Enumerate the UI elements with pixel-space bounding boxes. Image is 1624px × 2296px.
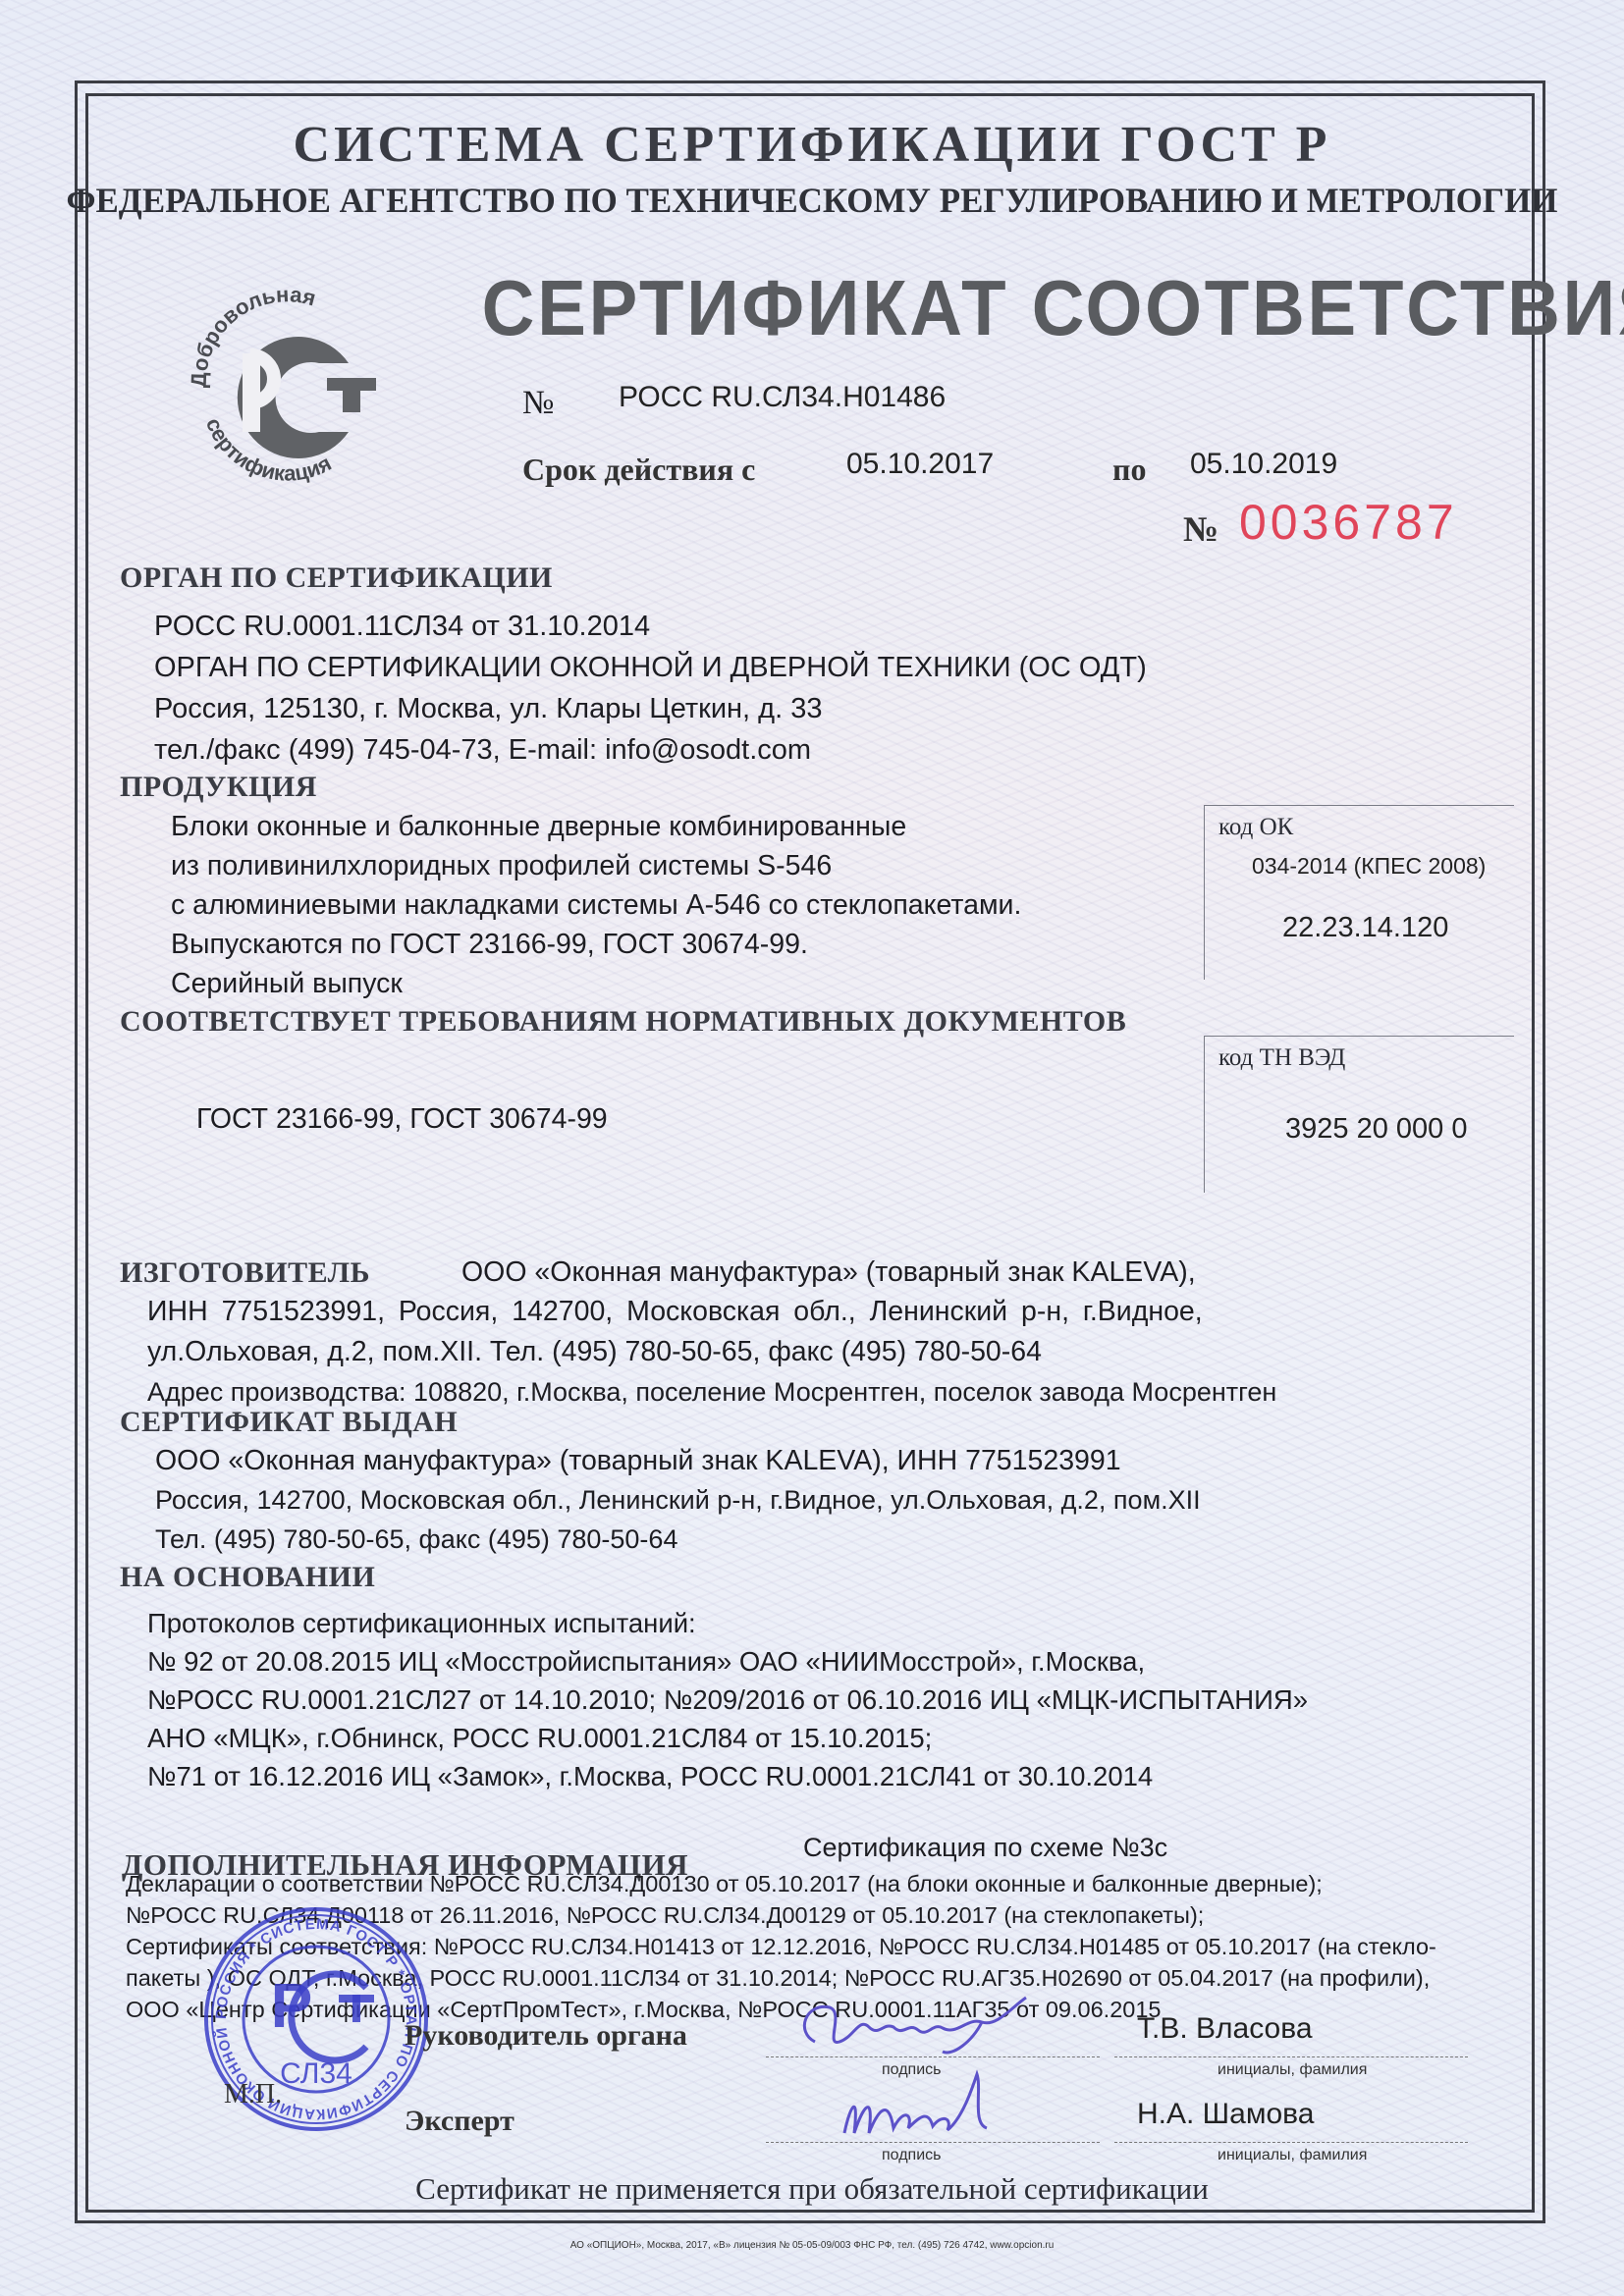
cert-body-line: Россия, 125130, г. Москва, ул. Клары Цет… [154, 688, 1147, 729]
basis-heading: НА ОСНОВАНИИ [120, 1561, 375, 1594]
manufacturer-name: ООО «Оконная мануфактура» (товарный знак… [461, 1253, 1196, 1293]
blank-number: 0036787 [1239, 494, 1458, 551]
cert-number-label: № [522, 385, 554, 422]
expert-signature-caption: подпись [882, 2147, 941, 2164]
additional-info-line: Декларации о соответствии №РОСС RU.СЛ34.… [126, 1868, 1436, 1899]
manufacturer-line: ИНН 7751523991, Россия, 142700, Московск… [147, 1292, 1276, 1332]
ok-code-value: 22.23.14.120 [1282, 912, 1448, 944]
valid-to-label: по [1112, 452, 1146, 488]
cert-body-details: РОСС RU.0001.11СЛ34 от 31.10.2014 ОРГАН … [154, 606, 1147, 771]
certification-scheme: Сертификация по схеме №3с [803, 1828, 1167, 1868]
expert-name: Н.А. Шамова [1137, 2098, 1314, 2131]
product-line: Блоки оконные и балконные дверные комбин… [171, 807, 1021, 846]
cert-body-line: ОРГАН ПО СЕРТИФИКАЦИИ ОКОННОЙ И ДВЕРНОЙ … [154, 647, 1147, 688]
basis-details: Протоколов сертификационных испытаний: №… [147, 1604, 1308, 1795]
product-heading: ПРОДУКЦИЯ [120, 771, 317, 804]
basis-line: № 92 от 20.08.2015 ИЦ «Мосстройиспытания… [147, 1642, 1308, 1681]
tn-ved-label: код ТН ВЭД [1218, 1044, 1345, 1072]
head-role: Руководитель органа [405, 2019, 687, 2053]
tn-ved-code-box: код ТН ВЭД 3925 20 000 0 [1204, 1036, 1514, 1193]
agency-title: ФЕДЕРАЛЬНОЕ АГЕНТСТВО ПО ТЕХНИЧЕСКОМУ РЕ… [25, 180, 1599, 221]
cert-body-line: РОСС RU.0001.11СЛ34 от 31.10.2014 [154, 606, 1147, 647]
ok-code-classifier: 034-2014 (КПЕС 2008) [1252, 853, 1486, 880]
head-signature-line [766, 2056, 1100, 2057]
issued-to-details: ООО «Оконная мануфактура» (товарный знак… [155, 1441, 1201, 1559]
head-name-caption: инициалы, фамилия [1218, 2061, 1367, 2079]
basis-line: АНО «МЦК», г.Обнинск, РОСС RU.0001.21СЛ8… [147, 1719, 1308, 1757]
head-name-line [1114, 2056, 1468, 2057]
expert-name-caption: инициалы, фамилия [1218, 2147, 1367, 2164]
head-name: Т.В. Власова [1137, 2012, 1313, 2046]
cert-number: РОСС RU.СЛ34.Н01486 [619, 381, 946, 414]
manufacturer-line: ул.Ольховая, д.2, пом.XII. Тел. (495) 78… [147, 1332, 1276, 1372]
manufacturer-heading: ИЗГОТОВИТЕЛЬ [120, 1256, 370, 1290]
system-title: СИСТЕМА СЕРТИФИКАЦИИ ГОСТ Р [0, 116, 1624, 174]
document-title: СЕРТИФИКАТ СООТВЕТСТВИЯ [482, 263, 1624, 353]
basis-line: №РОСС RU.0001.21СЛ27 от 14.10.2010; №209… [147, 1681, 1308, 1719]
product-description: Блоки оконные и балконные дверные комбин… [171, 807, 1021, 1003]
ok-code-label: код ОК [1218, 814, 1293, 841]
issued-to-line: ООО «Оконная мануфактура» (товарный знак… [155, 1441, 1201, 1480]
valid-to: 05.10.2019 [1190, 448, 1337, 481]
product-line: с алюминиевыми накладками системы А-546 … [171, 885, 1021, 925]
issued-to-heading: СЕРТИФИКАТ ВЫДАН [120, 1406, 458, 1439]
ok-code-box: код ОК 034-2014 (КПЕС 2008) 22.23.14.120 [1204, 805, 1514, 980]
valid-from: 05.10.2017 [846, 448, 994, 481]
cert-body-line: тел./факс (499) 745-04-73, E-mail: info@… [154, 729, 1147, 771]
manufacturer-details: ИНН 7751523991, Россия, 142700, Московск… [147, 1292, 1276, 1413]
basis-line: Протоколов сертификационных испытаний: [147, 1604, 1308, 1642]
issued-to-line: Россия, 142700, Московская обл., Ленинск… [155, 1480, 1201, 1520]
expert-role: Эксперт [405, 2105, 514, 2138]
product-line: Серийный выпуск [171, 964, 1021, 1003]
expert-signature-icon [825, 2069, 1021, 2148]
issued-to-line: Тел. (495) 780-50-65, факс (495) 780-50-… [155, 1520, 1201, 1559]
seal-label: М.П. [224, 2079, 282, 2110]
blank-number-label: № [1183, 508, 1218, 550]
conformity-heading: СООТВЕТСТВУЕТ ТРЕБОВАНИЯМ НОРМАТИВНЫХ ДО… [120, 1005, 1126, 1039]
rst-logo-icon: Добровольная сертификация [182, 285, 393, 491]
tn-ved-value: 3925 20 000 0 [1285, 1113, 1467, 1146]
printer-info: АО «ОПЦИОН», Москва, 2017, «В» лицензия … [0, 2240, 1624, 2251]
expert-signature-line [766, 2142, 1100, 2143]
footer-note: Сертификат не применяется при обязательн… [0, 2171, 1624, 2207]
validity-label: Срок действия с [522, 452, 755, 488]
product-line: Выпускаются по ГОСТ 23166-99, ГОСТ 30674… [171, 925, 1021, 964]
basis-line: №71 от 16.12.2016 ИЦ «Замок», г.Москва, … [147, 1757, 1308, 1795]
svg-text:СЛ34: СЛ34 [280, 2057, 352, 2090]
conformity-documents: ГОСТ 23166-99, ГОСТ 30674-99 [196, 1099, 608, 1140]
cert-body-heading: ОРГАН ПО СЕРТИФИКАЦИИ [120, 561, 553, 595]
expert-name-line [1114, 2142, 1468, 2143]
product-line: из поливинилхлоридных профилей системы S… [171, 846, 1021, 885]
head-signature-icon [785, 1993, 1041, 2066]
